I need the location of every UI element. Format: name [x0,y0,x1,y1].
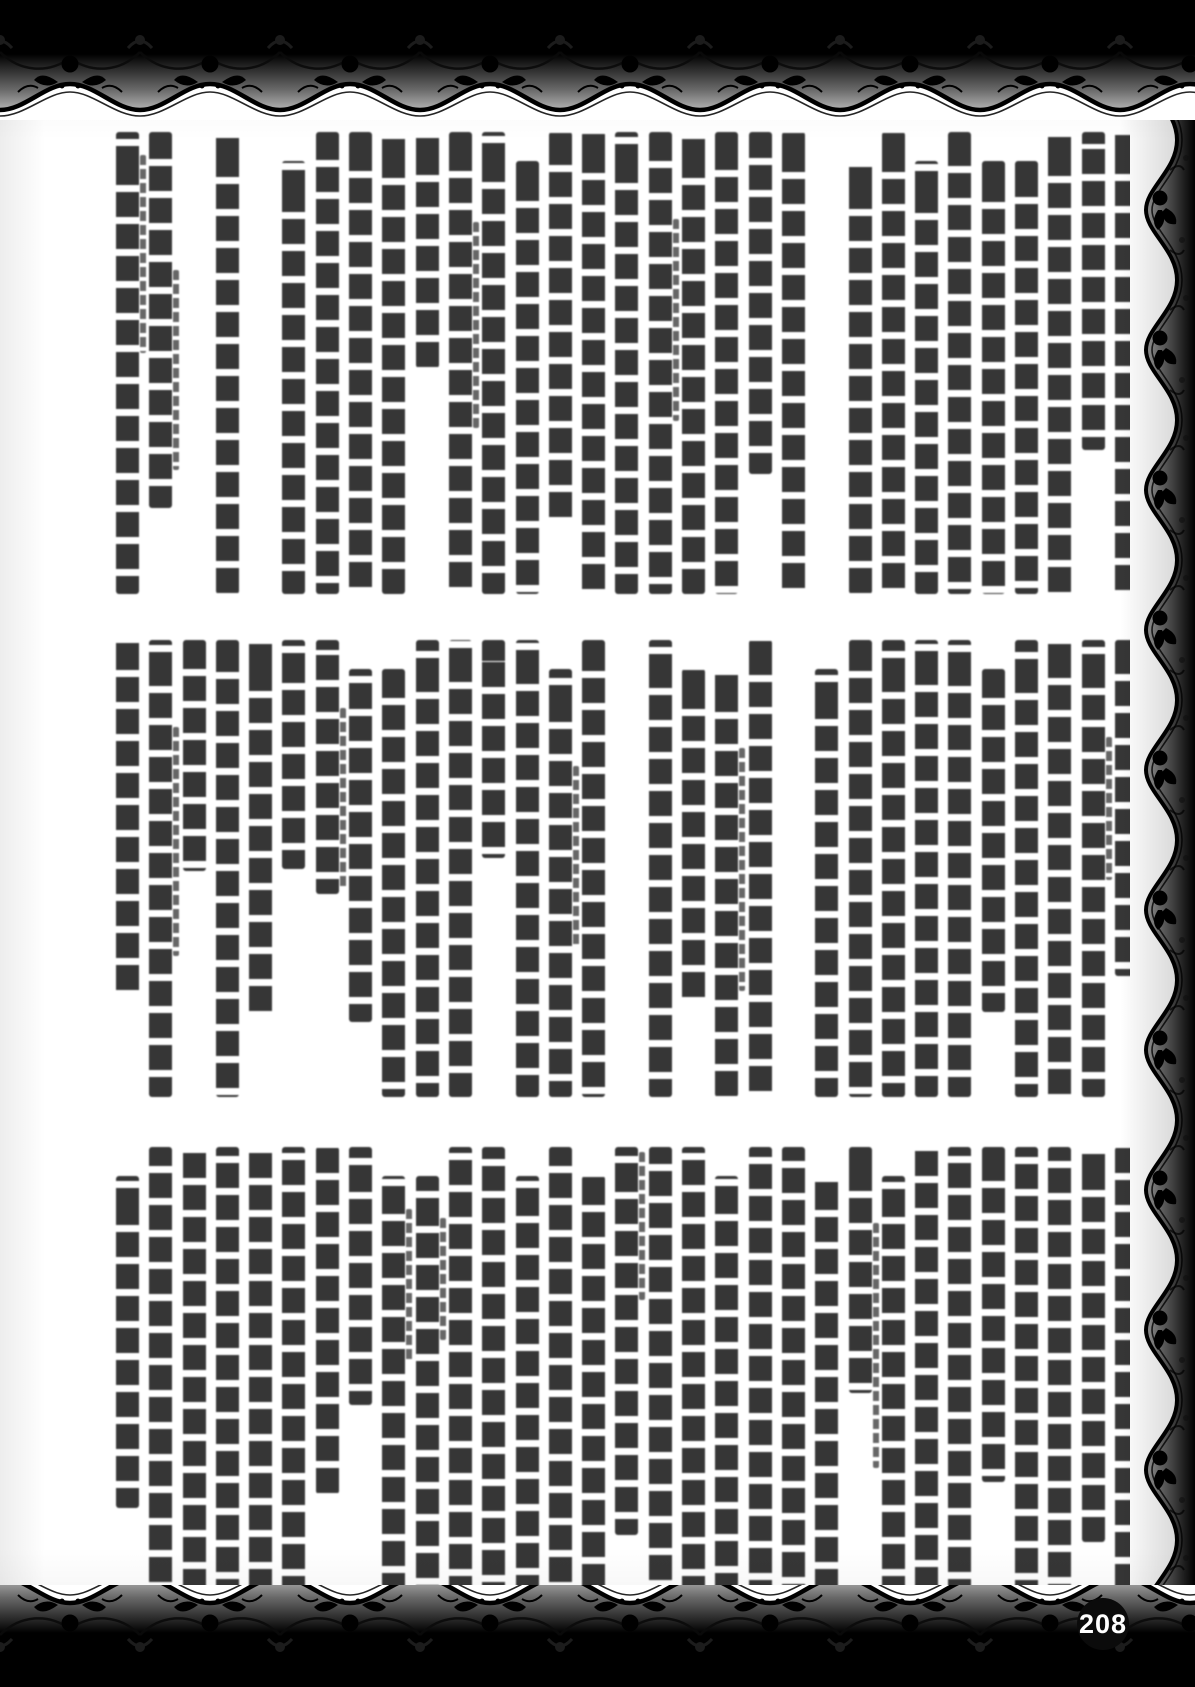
text-band-2 [116,640,1138,1097]
redacted-text-column-bar [316,640,339,894]
redacted-text-column-bar [149,1147,172,1595]
furigana-ruby-column [473,222,479,428]
redacted-text-column-bar [183,640,206,871]
redacted-text-column [349,1147,372,1595]
redacted-text-column-bar [1048,1147,1071,1595]
redacted-text-column-bar [316,1147,339,1494]
redacted-text-column [582,1147,605,1595]
redacted-text-column [282,640,305,1097]
redacted-text-column-bar [649,132,672,594]
ornamental-bottom-border [0,1585,1195,1687]
redacted-text-column-bar [382,1176,405,1595]
redacted-text-column-bar [582,640,605,1097]
redacted-text-column [516,1147,539,1595]
redacted-text-column [116,1147,139,1595]
redacted-text-column-bar [882,1176,905,1595]
redacted-text-column [682,132,705,594]
redacted-text-column-bar [249,640,272,1014]
redacted-text-column [948,132,971,594]
redacted-text-column-bar [349,132,372,594]
redacted-text-column-bar [715,669,738,1097]
redacted-text-column-bar [715,1176,738,1595]
redacted-text-column-bar [749,1147,772,1595]
redacted-text-column [516,132,539,594]
redacted-text-column-bar [216,1147,239,1595]
redacted-text-column-bar [749,132,772,474]
redacted-text-column-bar [982,669,1005,1012]
redacted-text-column-bar [782,1147,805,1595]
redacted-text-column [1048,640,1071,1097]
redacted-text-column-bar [282,1147,305,1595]
redacted-text-column [1015,1147,1038,1595]
redacted-text-column [416,640,439,1097]
redacted-text-column [948,640,971,1097]
redacted-text-column-bar [782,132,805,594]
redacted-text-column-bar [149,640,172,1097]
redacted-text-column-bar [582,132,605,594]
redacted-text-column-bar [882,640,905,1097]
redacted-text-column [982,1147,1005,1595]
redacted-text-column-bar [948,132,971,594]
redacted-text-column-bar [1015,1147,1038,1595]
redacted-text-column-bar [482,1147,505,1595]
redacted-text-column-bar [582,1176,605,1595]
redacted-text-column-bar [1048,640,1071,1097]
redacted-text-column [915,132,938,594]
redacted-text-column-bar [282,161,305,594]
redacted-text-column [282,1147,305,1595]
redacted-text-column-bar [449,1147,472,1595]
furigana-ruby-column [173,727,179,956]
redacted-text-column [149,132,172,594]
redacted-text-column [815,132,838,594]
text-band-3 [116,1147,1138,1595]
redacted-text-column [715,1147,738,1595]
redacted-text-column-bar [615,1147,638,1535]
redacted-text-column [1082,1147,1105,1595]
furigana-ruby-column [340,708,346,890]
redacted-text-column-bar [815,1176,838,1595]
redacted-text-column-bar [849,640,872,1097]
redacted-text-column-bar [1082,640,1105,1097]
redacted-text-column-bar [316,132,339,594]
redacted-text-column [282,132,305,594]
redacted-text-column [116,640,139,1097]
redacted-text-column [349,640,372,1097]
redacted-text-column-bar [682,132,705,594]
redacted-text-column [749,640,772,1097]
redacted-text-column [948,1147,971,1595]
redacted-text-column-bar [516,1176,539,1595]
redacted-text-column [582,640,605,1097]
ornamental-right-border [1130,0,1195,1687]
redacted-text-column-bar [982,1147,1005,1482]
redacted-text-column [882,1147,905,1595]
redacted-text-column-bar [882,132,905,594]
redacted-text-column [782,132,805,594]
redacted-text-column [183,132,206,594]
redacted-text-column [882,132,905,594]
redacted-text-column-bar [649,640,672,1097]
redacted-text-column-bar [849,161,872,594]
redacted-text-column-bar [615,132,638,594]
redacted-text-column [715,640,738,1097]
ornamental-top-border [0,0,1195,120]
furigana-ruby-column [573,766,579,948]
redacted-text-column [482,1147,505,1595]
redacted-text-column [615,1147,638,1595]
redacted-text-column-bar [982,161,1005,594]
redacted-text-column-bar [948,1147,971,1595]
redacted-text-column [615,640,638,1097]
redacted-text-column [249,132,272,594]
redacted-text-column [649,1147,672,1595]
furigana-ruby-column [173,270,179,470]
redacted-text-column [549,132,572,594]
redacted-text-column-bar [915,1147,938,1595]
redacted-text-column [849,640,872,1097]
redacted-text-column [183,1147,206,1595]
redacted-text-column [682,1147,705,1595]
furigana-ruby-column [639,1152,645,1300]
redacted-text-column-bar [149,132,172,508]
redacted-text-column-bar [516,161,539,594]
redacted-text-column [1048,1147,1071,1595]
redacted-text-column-bar [482,640,505,858]
redacted-text-column [449,1147,472,1595]
redacted-text-column-bar [116,132,139,594]
redacted-text-column [183,640,206,1097]
redacted-text-column-bar [116,640,139,994]
redacted-text-column-bar [1048,132,1071,594]
redacted-text-column-bar [416,132,439,368]
redacted-text-column [349,132,372,594]
redacted-text-column [549,1147,572,1595]
redacted-text-column [216,132,239,594]
redacted-text-column-bar [416,640,439,1097]
furigana-ruby-column [1106,737,1112,880]
redacted-text-column-bar [749,640,772,1097]
furigana-ruby-column [739,748,745,991]
redacted-text-column [1015,640,1038,1097]
book-page: 208 [0,0,1195,1687]
redacted-text-column [249,1147,272,1595]
redacted-text-column [1082,640,1105,1097]
redacted-text-column-bar [116,1176,139,1508]
redacted-text-column [316,640,339,1097]
furigana-ruby-column [440,1218,446,1340]
redacted-text-column-bar [682,1147,705,1595]
redacted-text-column-bar [1015,161,1038,594]
redacted-text-column-bar [482,132,505,594]
redacted-text-column [149,1147,172,1595]
redacted-text-column [149,640,172,1097]
redacted-text-column [1015,132,1038,594]
redacted-text-column-bar [349,1147,372,1405]
redacted-text-column [882,640,905,1097]
redacted-text-column [1082,132,1105,594]
redacted-text-column [316,1147,339,1595]
redacted-text-column [615,132,638,594]
redacted-text-column [915,1147,938,1595]
redacted-text-column [715,132,738,594]
redacted-text-column-bar [715,132,738,594]
redacted-text-column-bar [649,1147,672,1595]
redacted-text-column-bar [549,132,572,523]
redacted-text-column-bar [549,669,572,1097]
redacted-text-column-bar [449,132,472,594]
redacted-text-column [216,1147,239,1595]
redacted-text-column [649,132,672,594]
redacted-text-column-bar [915,161,938,594]
redacted-text-column-bar [948,640,971,1097]
redacted-text-column [849,1147,872,1595]
redacted-text-column-bar [516,640,539,1097]
redacted-text-column-bar [682,669,705,1003]
redacted-text-column [649,640,672,1097]
redacted-text-column-bar [249,1147,272,1595]
redacted-text-column [116,132,139,594]
redacted-text-column [449,640,472,1097]
redacted-text-column-bar [815,669,838,1097]
furigana-ruby-column [873,1223,879,1468]
redacted-text-column [749,132,772,594]
redacted-text-column [582,132,605,594]
redacted-text-column [782,1147,805,1595]
text-band-1 [116,132,1138,594]
redacted-text-column-bar [1082,132,1105,450]
redacted-text-column-bar [382,132,405,594]
redacted-text-column-bar [382,669,405,1097]
redacted-text-column-bar [349,669,372,1022]
redacted-text-column [915,640,938,1097]
furigana-ruby-column [140,155,146,353]
redacted-text-column [849,132,872,594]
furigana-ruby-column [406,1209,412,1362]
redacted-text-column [516,640,539,1097]
redacted-text-column-bar [849,1147,872,1393]
redacted-text-column-bar [282,640,305,869]
redacted-text-column [682,640,705,1097]
redacted-text-column [815,1147,838,1595]
redacted-text-column [382,132,405,594]
redacted-text-column [782,640,805,1097]
redacted-text-column [482,640,505,1097]
redacted-text-column-bar [915,640,938,1097]
redacted-text-column-bar [183,1147,206,1595]
redacted-text-column [316,132,339,594]
furigana-ruby-column [673,219,679,421]
redacted-text-column [549,640,572,1097]
redacted-text-column-bar [449,640,472,1097]
redacted-text-column-bar [216,132,239,594]
page-number-badge: 208 [1077,1598,1129,1650]
redacted-text-column-bar [1082,1147,1105,1542]
redacted-text-column [416,1147,439,1595]
redacted-text-column [1048,132,1071,594]
redacted-text-column [749,1147,772,1595]
redacted-text-column [249,640,272,1097]
redacted-text-column-bar [1015,640,1038,1097]
redacted-text-column-bar [549,1147,572,1595]
redacted-text-column [482,132,505,594]
redacted-text-column [382,640,405,1097]
redacted-text-column [382,1147,405,1595]
redacted-text-column [449,132,472,594]
redacted-text-column [982,640,1005,1097]
redacted-text-column [416,132,439,594]
redacted-text-column-bar [416,1176,439,1595]
page-number: 208 [1079,1609,1127,1640]
redacted-text-column [815,640,838,1097]
redacted-text-column [216,640,239,1097]
redacted-text-column-bar [216,640,239,1097]
redacted-text-column [982,132,1005,594]
